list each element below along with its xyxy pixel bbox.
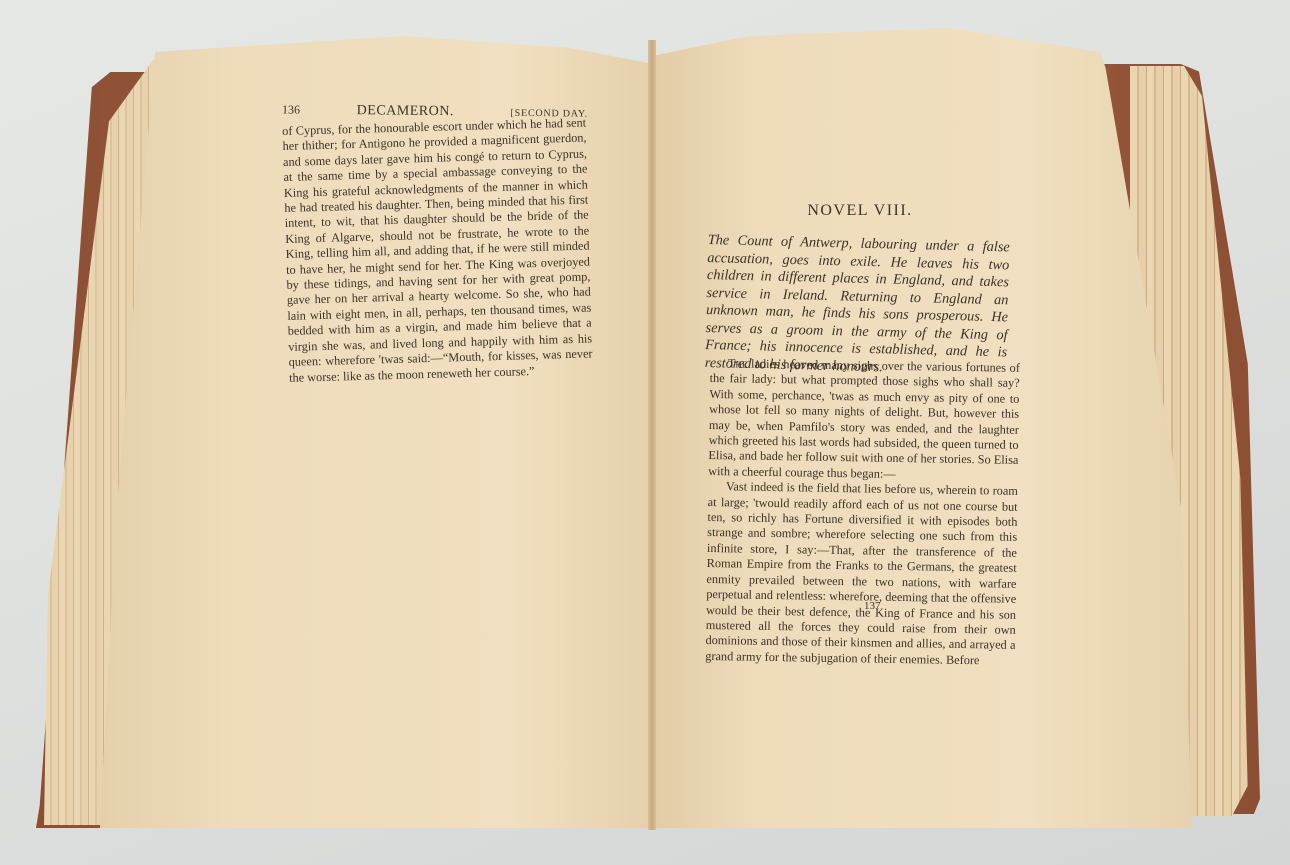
right-page-body: The ladies heaved many sighs over the va… xyxy=(705,356,1020,669)
opening-word: The xyxy=(728,356,748,370)
novel-heading: NOVEL VIII. xyxy=(790,202,930,220)
paragraph: Vast indeed is the field that lies befor… xyxy=(705,479,1018,669)
paragraph: of Cyprus, for the honourable escort und… xyxy=(282,116,593,386)
page-number-right: 137 xyxy=(864,600,881,612)
book-gutter xyxy=(648,40,656,830)
paragraph-text: ladies heaved many sighs over the variou… xyxy=(708,357,1020,481)
running-title: DECAMERON. xyxy=(357,103,454,120)
paragraph: The ladies heaved many sighs over the va… xyxy=(708,356,1020,484)
left-page-body: of Cyprus, for the honourable escort und… xyxy=(282,116,593,386)
page-number-left: 136 xyxy=(282,102,300,117)
